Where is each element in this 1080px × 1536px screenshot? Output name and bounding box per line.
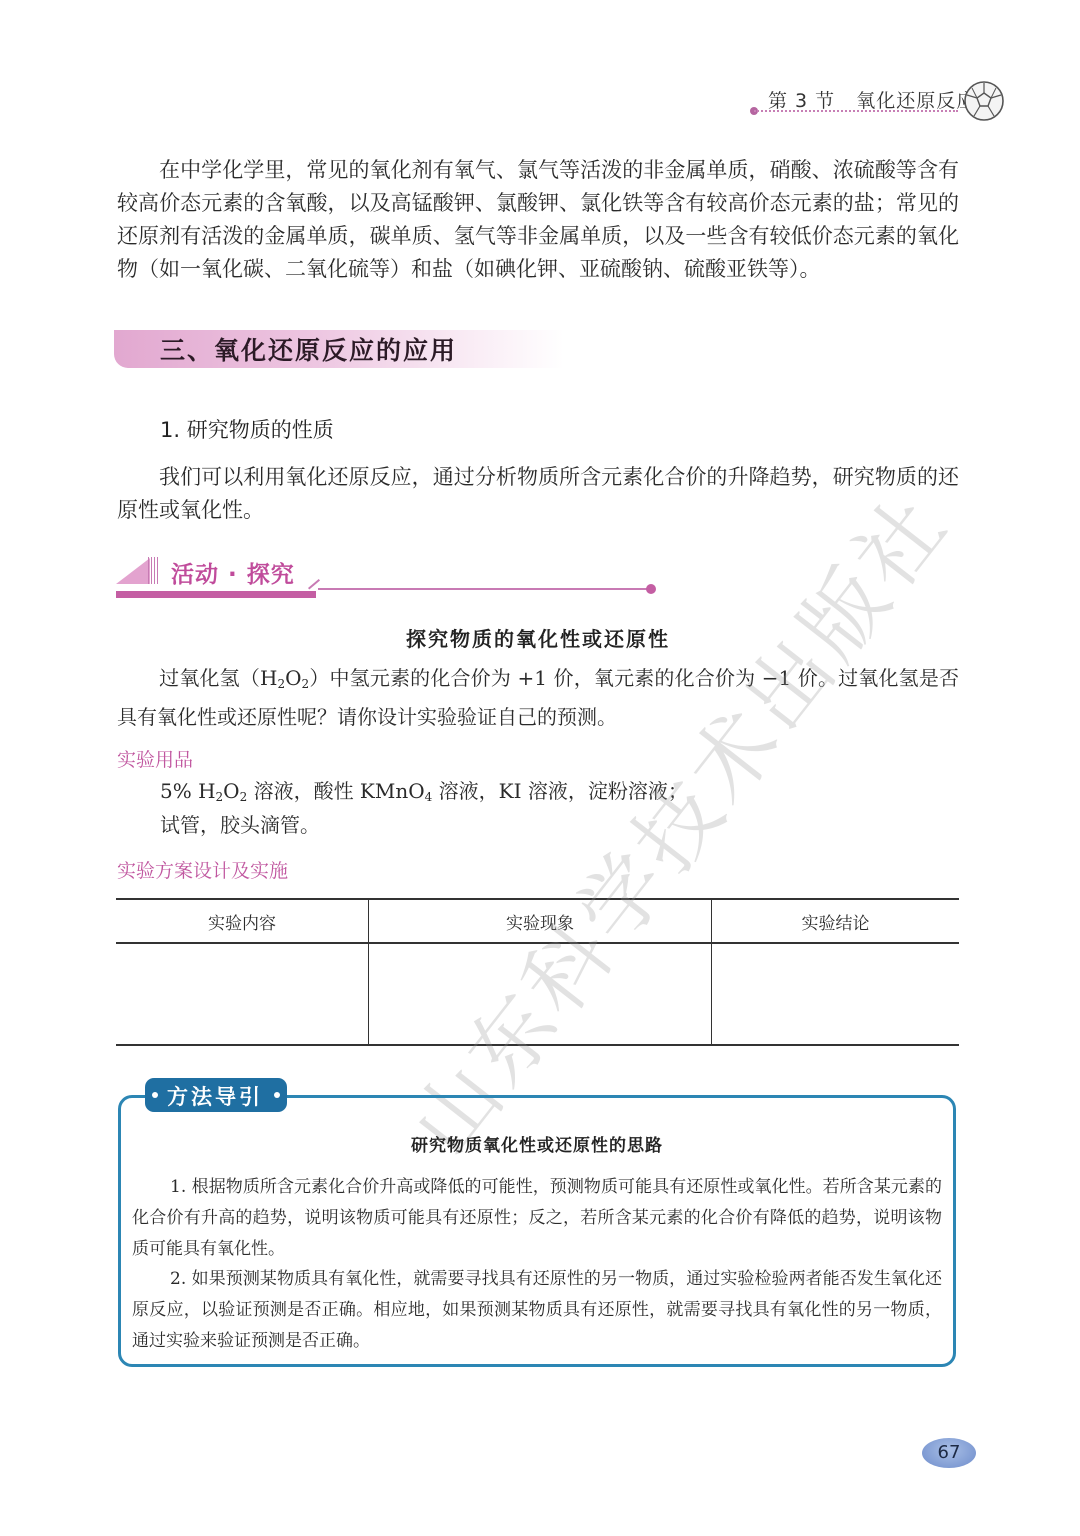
text: 溶液，酸性 KMnO <box>247 779 424 803</box>
activity-label: 活动 · 探究 <box>171 556 295 589</box>
text: 过氧化氢（H <box>159 666 277 690</box>
intro-text: 在中学化学里，常见的氧化剂有氧气、氯气等活泼的非金属单质，硝酸、浓硫酸等含有较高… <box>117 158 959 281</box>
intro-paragraph: 在中学化学里，常见的氧化剂有氧气、氯气等活泼的非金属单质，硝酸、浓硫酸等含有较高… <box>117 154 959 286</box>
method-guide-label: 方法导引 <box>167 1081 263 1111</box>
publisher-watermark: 山东科学技术出版社 <box>378 464 972 1177</box>
subscript: 2 <box>277 677 285 691</box>
table-cell[interactable] <box>116 943 369 1045</box>
text: 2. 如果预测某物质具有氧化性，就需要寻找具有还原性的另一物质，通过实验检验两者… <box>132 1269 942 1351</box>
activity-stripes-decoration <box>148 557 160 584</box>
fullerene-ball-icon <box>963 80 1005 122</box>
column-header-conclusion: 实验结论 <box>712 899 960 943</box>
text: O <box>285 666 301 690</box>
column-header-content: 实验内容 <box>116 899 369 943</box>
section-title: 三、氧化还原反应的应用 <box>160 331 457 367</box>
activity-underline-bar <box>116 591 316 598</box>
materials-label: 实验用品 <box>117 745 193 772</box>
design-label: 实验方案设计及实施 <box>117 856 288 883</box>
tag-dot-left <box>152 1092 158 1098</box>
activity-triangle-decoration <box>116 558 150 584</box>
text: 5% H <box>160 779 216 803</box>
text: O <box>223 779 239 803</box>
tag-dot-right <box>274 1092 280 1098</box>
subscript: 2 <box>302 677 310 691</box>
materials-line-2: 试管，胶头滴管。 <box>160 809 320 842</box>
section-number: 第 3 节 <box>768 90 835 112</box>
text: 1. 根据物质所含元素化合价升高或降低的可能性，预测物质可能具有还原性或氧化性。… <box>132 1177 942 1259</box>
header-dotted-line <box>754 110 958 112</box>
activity-rule-dot <box>646 584 656 594</box>
method-guide-title: 研究物质氧化性或还原性的思路 <box>118 1131 956 1156</box>
activity-rule <box>318 588 648 590</box>
table-cell[interactable] <box>712 943 960 1045</box>
section-paragraph: 我们可以利用氧化还原反应，通过分析物质所含元素化合价的升降趋势，研究物质的还原性… <box>117 461 959 527</box>
page-number: 67 <box>922 1438 976 1468</box>
method-point-2: 2. 如果预测某物质具有氧化性，就需要寻找具有还原性的另一物质，通过实验检验两者… <box>132 1264 942 1357</box>
section-paragraph-text: 我们可以利用氧化还原反应，通过分析物质所含元素化合价的升降趋势，研究物质的还原性… <box>117 465 959 522</box>
subheading: 1. 研究物质的性质 <box>160 414 334 444</box>
chapter-header: 第 3 节 氧化还原反应 <box>768 86 976 113</box>
section-title: 氧化还原反应 <box>856 90 976 112</box>
method-point-1: 1. 根据物质所含元素化合价升高或降低的可能性，预测物质可能具有还原性或氧化性。… <box>132 1172 942 1265</box>
